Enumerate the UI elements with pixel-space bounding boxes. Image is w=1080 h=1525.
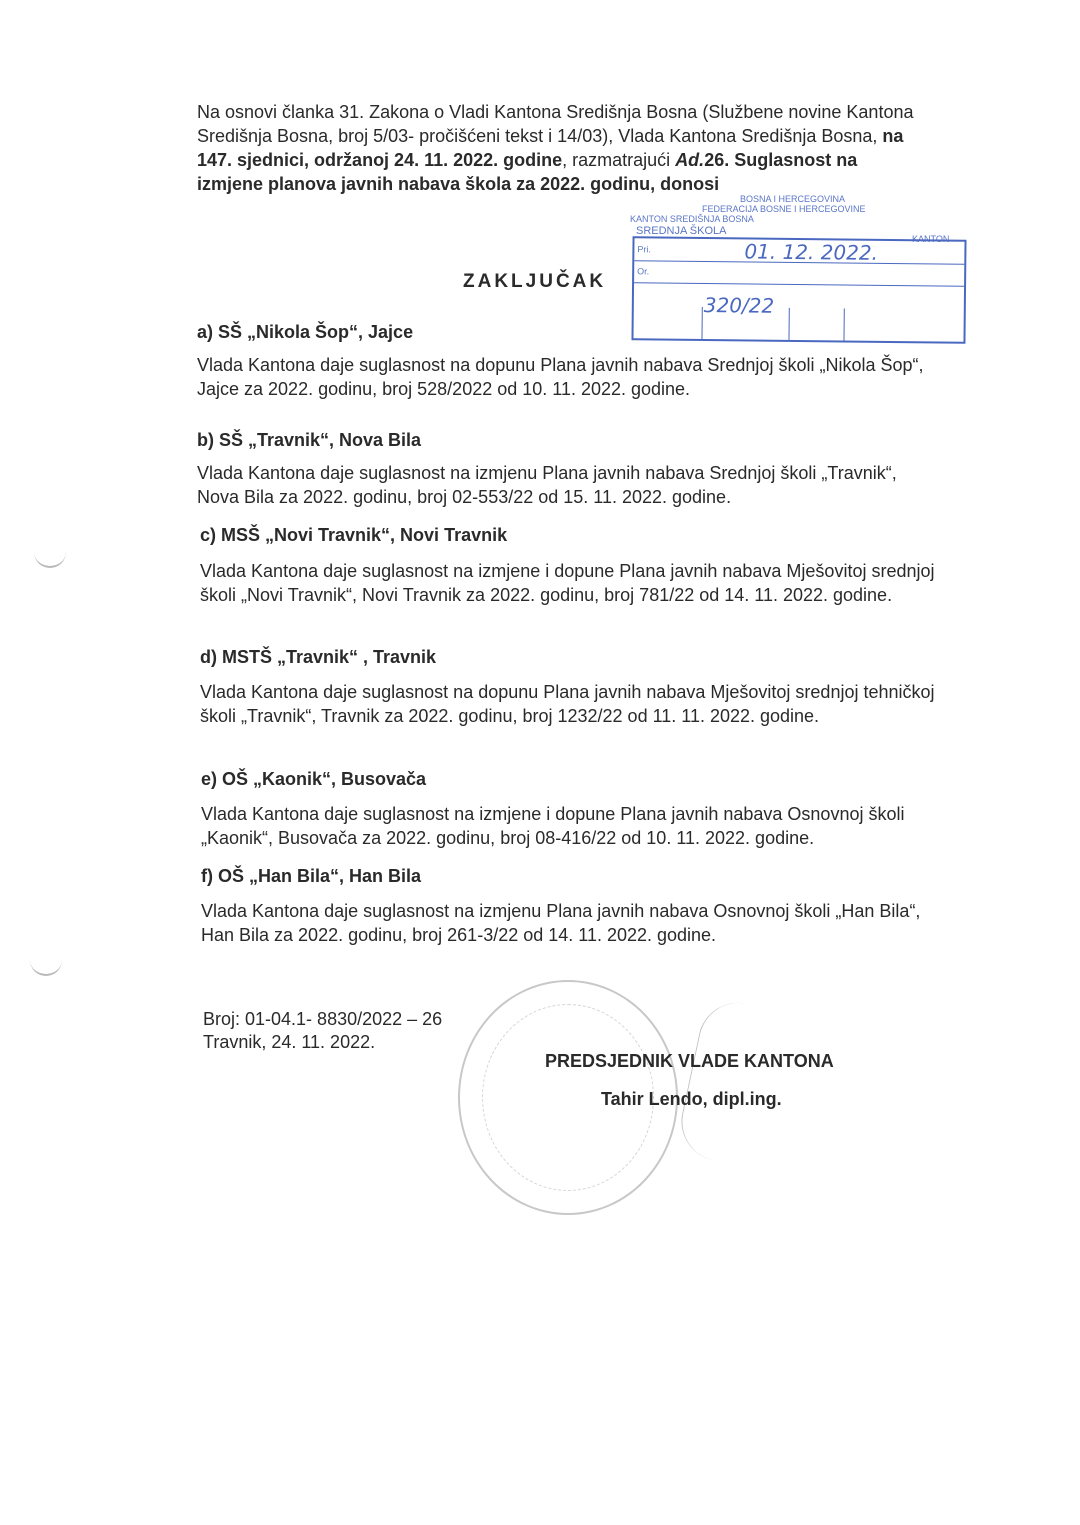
punch-hole-mark [30, 960, 62, 976]
section-body-e: Vlada Kantona daje suglasnost na izmjene… [201, 802, 941, 850]
place-date: Travnik, 24. 11. 2022. [203, 1031, 442, 1054]
section-heading-c: c) MSŠ „Novi Travnik“, Novi Travnik [200, 523, 507, 547]
stamp-registry-number: 320/22 [704, 293, 775, 318]
section-body-c: Vlada Kantona daje suglasnost na izmjene… [200, 559, 940, 607]
section-body-d: Vlada Kantona daje suglasnost na dopunu … [200, 680, 940, 728]
intro-text: Na osnovi članka 31. Zakona o Vladi Kant… [197, 102, 913, 146]
stamp-received-date: 01. 12. 2022. [744, 239, 878, 264]
document-page: Na osnovi članka 31. Zakona o Vladi Kant… [0, 0, 1080, 1525]
stamp-label-received: Pri. [637, 244, 651, 254]
section-heading-e: e) OŠ „Kaonik“, Busovača [201, 767, 426, 791]
section-heading-f: f) OŠ „Han Bila“, Han Bila [201, 864, 421, 888]
section-body-b: Vlada Kantona daje suglasnost na izmjenu… [197, 461, 937, 509]
intro-paragraph: Na osnovi članka 31. Zakona o Vladi Kant… [197, 100, 917, 196]
section-heading-a: a) SŠ „Nikola Šop“, Jajce [197, 320, 413, 344]
section-heading-b: b) SŠ „Travnik“, Nova Bila [197, 428, 421, 452]
stamp-header-line: FEDERACIJA BOSNE I HERCEGOVINE [702, 204, 866, 214]
stamp-header-line: KANTON SREDIŠNJA BOSNA [630, 214, 754, 224]
stamp-frame: Pri. Or. 01. 12. 2022. 320/22 [631, 236, 966, 343]
stamp-header-line: BOSNA I HERCEGOVINA [740, 194, 845, 204]
section-body-a: Vlada Kantona daje suglasnost na dopunu … [197, 353, 937, 401]
stamp-label-org: Or. [637, 266, 649, 276]
stamp-header-line: SREDNJA ŠKOLA [636, 225, 726, 237]
registry-stamp: BOSNA I HERCEGOVINA FEDERACIJA BOSNE I H… [622, 190, 967, 360]
signatory-name: Tahir Lendo, dipl.ing. [601, 1089, 782, 1110]
section-body-f: Vlada Kantona daje suglasnost na izmjenu… [201, 899, 941, 947]
document-reference: Broj: 01-04.1- 8830/2022 – 26 Travnik, 2… [203, 1008, 442, 1054]
signatory-title: PREDSJEDNIK VLADE KANTONA [545, 1051, 834, 1072]
punch-hole-mark [34, 552, 66, 568]
reference-number: Broj: 01-04.1- 8830/2022 – 26 [203, 1008, 442, 1031]
section-heading-d: d) MSTŠ „Travnik“ , Travnik [200, 645, 436, 669]
intro-text-2: , razmatrajući [562, 150, 675, 170]
signature [674, 995, 767, 1164]
document-title: ZAKLJUČAK [463, 271, 606, 293]
agenda-prefix: Ad. [675, 150, 704, 170]
